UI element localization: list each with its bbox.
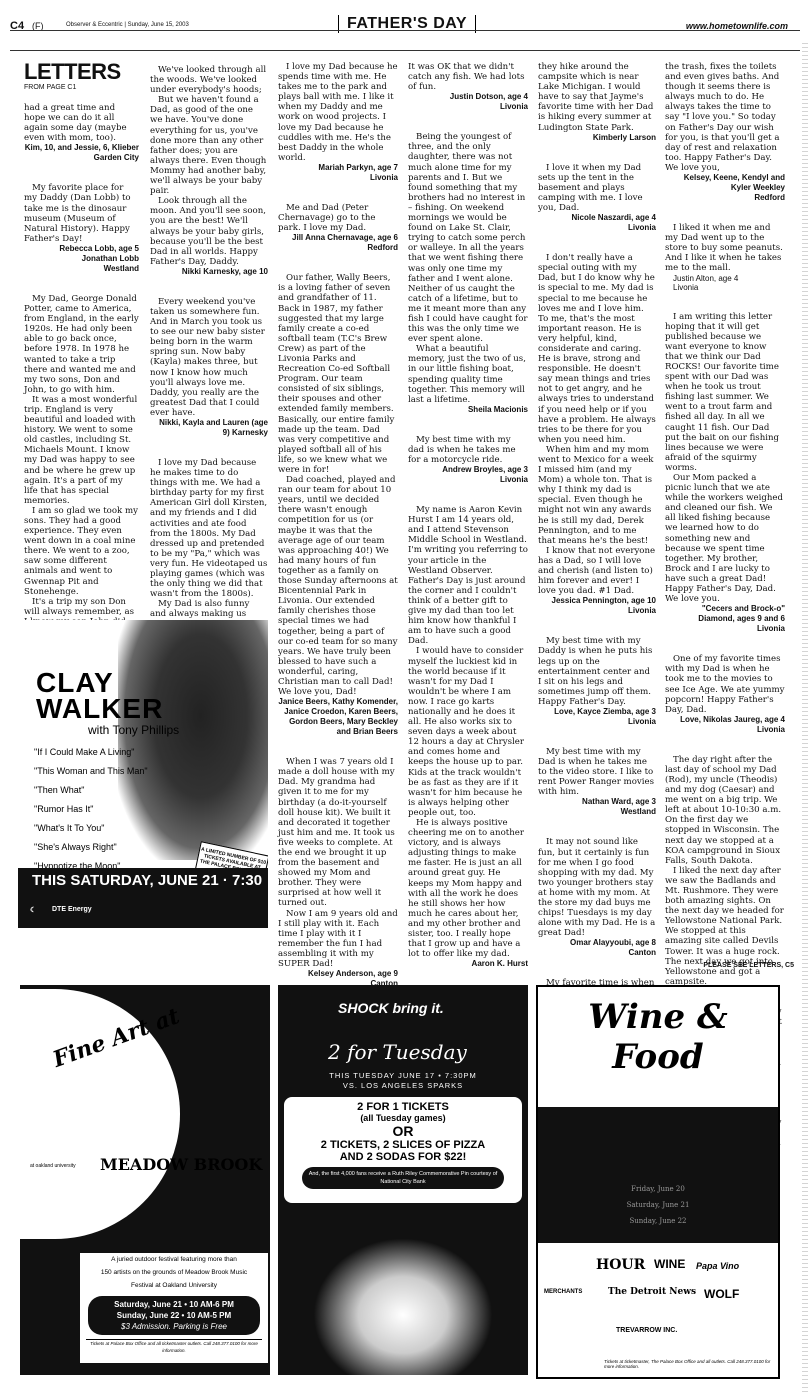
letter-signature: Kyler Weekley [665,183,785,193]
letter-paragraph: I love my Dad because he spends time wit… [278,62,398,163]
letter-paragraph: My favorite place for my Daddy (Dan Lobb… [24,183,139,244]
blurb-line: A juried outdoor festival featuring more… [80,1253,268,1266]
giveaway-pill: And, the first 4,000 fans receive a Ruth… [302,1167,504,1189]
letter-paragraph: I would have to consider myself the luck… [408,646,528,818]
wine-food-logo: Wine & Food [538,997,778,1077]
ad-headline: CLAY WALKER [36,670,163,722]
letter-signature: Love, Nikolas Jaureg, age 4 [665,715,785,725]
brand-slogan: SHOCK bring it. [338,1000,444,1016]
continued-link[interactable]: PLEASE SEE LETTERS, C5 [703,962,794,969]
blurb-line: 150 artists on the grounds of Meadow Bro… [80,1266,268,1279]
letter: Every weekend you've taken us somewhere … [150,297,268,438]
offer-line: AND 2 SODAS FOR $22! [284,1151,522,1163]
letter-city: Livonia [408,102,528,112]
letter: My name is Aaron Kevin Hurst I am 14 yea… [408,505,528,969]
offer-sub: (all Tuesday games) [284,1113,522,1123]
letter: We've looked through all the woods. We'v… [150,65,268,277]
letter: the trash, fixes the toilets and even gi… [665,62,785,203]
date-line: Friday, June 20 [538,1185,778,1193]
letter-signature: Jill Anna Chernavage, age 6 [278,233,398,243]
letter: I liked it when me and my Dad went up to… [665,223,785,291]
from-page: FROM PAGE C1 [24,84,139,91]
letter-city: Westland [24,264,139,274]
letter-signature: Sheila Macionis [408,405,528,415]
letter-signature: Nathan Ward, age 3 [538,797,656,807]
letter-signature: Kelsey, Keene, Kendyl and [665,173,785,183]
letter-city: Redford [278,243,398,253]
letter-paragraph: I am writing this letter hoping that it … [665,312,785,474]
letter: It was OK that we didn't catch any fish.… [408,62,528,112]
letter-signature: Nicole Naszardi, age 4 [538,213,656,223]
letter: It may not sound like fun, but it certai… [538,837,656,958]
song-list: "If I Could Make A Living" "This Woman a… [34,743,148,876]
sponsor-logo: HOUR [596,1257,645,1273]
page-header: C4 (F) Observer & Eccentric | Sunday, Ju… [0,0,808,40]
letter-paragraph: I am so glad we took my sons. They had a… [24,506,139,597]
letter-city: Livonia [538,223,656,233]
letter-paragraph: He is always positive cheering me on to … [408,818,528,959]
letter-paragraph: My Dad, George Donald Potter, came to Am… [24,294,139,395]
letter: I don't really have a special outing wit… [538,253,656,616]
event-date: THIS SATURDAY, JUNE 21 · 7:30 [32,872,262,889]
date-line: Saturday, June 21 • 10 AM-6 PM [88,1299,260,1310]
letter-paragraph: they hike around the campsite which is n… [538,62,656,133]
letter-signature: Rebecca Lobb, age 5 [24,244,139,254]
letter-signature: Diamond, ages 9 and 6 [665,614,785,624]
song: "What's It To You" [34,819,148,838]
players-photo [298,1225,508,1375]
letter-signature: Kim, 10, and Jessie, 6, Klieber [24,143,139,153]
letter-paragraph: My best time with my dad is when he take… [408,435,528,465]
promo-title: 2 for Tuesday [328,1040,467,1064]
letter-signature: Jessica Pennington, age 10 [538,596,656,606]
letter: My best time with my Daddy is when he pu… [538,636,656,727]
letter: I am writing this letter hoping that it … [665,312,785,635]
sponsor-logos: MERCHANTS HOUR WINE Papa Vino The Detroi… [538,1247,778,1375]
university-label: at oakland university [30,1163,76,1169]
name-line-2: WALKER [36,696,163,722]
offer-line: 2 TICKETS, 2 SLICES OF PIZZA [284,1139,522,1151]
sponsor-logo: Papa Vino [696,1261,739,1271]
letter-signature: Justin Dotson, age 4 [408,92,528,102]
letter-paragraph: What a beautiful memory, just the two of… [408,344,528,405]
game-date: THIS TUESDAY JUNE 17 • 7:30PM [278,1071,528,1081]
letter-signature: Nikki Karnesky, age 10 [150,267,268,277]
letter: I love it when my Dad sets up the tent i… [538,163,656,233]
letter-paragraph: When I was 7 years old I made a doll hou… [278,757,398,908]
ticket-offer: 2 FOR 1 TICKETS (all Tuesday games) OR 2… [284,1097,522,1203]
opening-act: with Tony Phillips [88,723,179,737]
dte-logo-icon: ☾ [30,906,36,914]
letter-city: Livonia [665,624,785,634]
letter-city: Livonia [538,717,656,727]
letter-city: Livonia [538,606,656,616]
letter-signature: Andrew Broyles, age 3 [408,465,528,475]
letter-paragraph: When him and my mom went to Mexico for a… [538,445,656,546]
letter-signature: Nikki, Kayla and Lauren (age 9) Karnesky [150,418,268,438]
offer-or: OR [284,1123,522,1139]
letter-signature: Kelsey Anderson, age 9 [278,969,398,979]
letter-paragraph: My best time with my Daddy is when he pu… [538,636,656,707]
letter-city: Canton [538,948,656,958]
letter-paragraph: I know that not everyone has a Dad, so I… [538,546,656,596]
fine-art-ad[interactable]: Fine Art at at oakland university MEADOW… [20,985,270,1375]
letter-signature: Aaron K. Hurst [408,959,528,969]
letter: Our father, Wally Beers, is a loving fat… [278,273,398,737]
letter: Being the youngest of three, and the onl… [408,132,528,415]
letter-paragraph: I love my Dad because he makes time to d… [150,458,268,599]
letter-signature: Justin Alton, age 4 [665,274,785,283]
letter-signature: "Cecers and Brock-o" [665,604,785,614]
page-edge [802,40,808,1394]
letter-paragraph: It was a most wonderful trip. England is… [24,395,139,506]
wine-food-ad[interactable]: Wine & Food Friday, June 20 Saturday, Ju… [536,985,780,1379]
dates-pill: Saturday, June 21 • 10 AM-6 PM Sunday, J… [88,1296,260,1335]
letter-paragraph: It was OK that we didn't catch any fish.… [408,62,528,92]
letter: My best time with my dad is when he take… [408,435,528,485]
letter-paragraph: Dad coached, played and ran our team for… [278,475,398,697]
letter: When I was 7 years old I made a doll hou… [278,757,398,989]
letter: I love my Dad because he spends time wit… [278,62,398,183]
sponsor-logo: WINE [654,1257,685,1271]
letter-paragraph: It may not sound like fun, but it certai… [538,837,656,938]
letter-paragraph: Our Mom packed a picnic lunch that we at… [665,473,785,604]
letter-signature: Livonia [665,283,785,292]
sponsor-name: DTE Energy [52,906,92,913]
letter-paragraph: I liked it when me and my Dad went up to… [665,223,785,273]
letter-paragraph: Being the youngest of three, and the onl… [408,132,528,344]
admission-line: $3 Admission. Parking is Free [88,1321,260,1332]
letter-paragraph: Every weekend you've taken us somewhere … [150,297,268,418]
letter: Me and Dad (Peter Chernavage) go to the … [278,203,398,253]
letter-paragraph: the trash, fixes the toilets and even gi… [665,62,785,173]
festival-info: A juried outdoor festival featuring more… [80,1253,268,1363]
header-rule-2 [10,50,800,51]
letters-heading: LETTERS [24,60,139,84]
detroit-shock-ad[interactable]: SHOCK bring it. 2 for Tuesday THIS TUESD… [278,985,528,1375]
letter: One of my favorite times with my Dad is … [665,654,785,735]
header-rule [10,30,800,31]
song: "This Woman and This Man" [34,762,148,781]
letter-city: Livonia [278,173,398,183]
letter-signature: Love, Kayce Ziemba, age 3 [538,707,656,717]
letter-signature: Janice Beers, Kathy Komender, Janice Cro… [278,697,398,737]
game-info: THIS TUESDAY JUNE 17 • 7:30PM VS. LOS AN… [278,1071,528,1091]
letter: My favorite place for my Daddy (Dan Lobb… [24,183,139,274]
venue-logo: MEADOW BROOK [100,1155,262,1174]
sponsor-logo: The Detroit News [608,1287,696,1297]
letter-paragraph: I don't really have a special outing wit… [538,253,656,445]
sponsor-bar: ☾ DTE Energy [18,898,268,928]
song: "Then What" [34,781,148,800]
letter-paragraph: We've looked through all the woods. We'v… [150,65,268,95]
letter-paragraph: I love it when my Dad sets up the tent i… [538,163,656,213]
song: "Rumor Has It" [34,800,148,819]
date-line: Saturday, June 21 [538,1201,778,1209]
letter: had a great time and hope we can do it a… [24,103,139,163]
letter-paragraph: But we haven't found a Dad, as good of t… [150,95,268,196]
letter-city: Livonia [665,725,785,735]
blurb-line: Festival at Oakland University [80,1279,268,1292]
offer-line: 2 FOR 1 TICKETS [284,1101,522,1113]
letter-paragraph: Look through all the moon. And you'll se… [150,196,268,267]
letter-signature: Jonathan Lobb [24,254,139,264]
opponent: VS. LOS ANGELES SPARKS [278,1081,528,1091]
letter-paragraph: Me and Dad (Peter Chernavage) go to the … [278,203,398,233]
letter-city: Westland [538,807,656,817]
song: "She's Always Right" [34,838,148,857]
song: "If I Could Make A Living" [34,743,148,762]
letter-city: Redford [665,193,785,203]
letter: My best time with my Dad is when he take… [538,747,656,817]
letter-city: Garden City [24,153,139,163]
letter-paragraph: The day right after the last day of scho… [665,755,785,866]
letter-paragraph: One of my favorite times with my Dad is … [665,654,785,715]
sponsor-logo: WOLF [704,1287,739,1301]
letter-signature: Kimberly Larson [538,133,656,143]
letter-city: Livonia [408,475,528,485]
date-line: Sunday, June 22 • 10 AM-5 PM [88,1310,260,1321]
date-bar: THIS SATURDAY, JUNE 21 · 7:30 [18,868,268,898]
letter-paragraph: Our father, Wally Beers, is a loving fat… [278,273,398,475]
dateline: Observer & Eccentric | Sunday, June 15, … [66,22,189,28]
ticket-info: Tickets at Palace Box Office and all tic… [86,1339,262,1354]
clay-walker-ad[interactable]: CLAY WALKER with Tony Phillips "If I Cou… [18,620,268,898]
sponsor-logo: MERCHANTS [544,1289,582,1295]
letter-signature: Mariah Parkyn, age 7 [278,163,398,173]
letter-paragraph: had a great time and hope we can do it a… [24,103,139,143]
sponsor-logo: TREVARROW INC. [616,1327,677,1334]
letter-paragraph: My name is Aaron Kevin Hurst I am 14 yea… [408,505,528,646]
letter-signature: Omar Alayyoubi, age 8 [538,938,656,948]
letter-paragraph: Now I am 9 years old and I still play wi… [278,909,398,970]
event-dates-panel: Friday, June 20 Saturday, June 21 Sunday… [538,1107,778,1243]
date-line: Sunday, June 22 [538,1217,778,1225]
letter: they hike around the campsite which is n… [538,62,656,143]
letter-paragraph: My best time with my Dad is when he take… [538,747,656,797]
ticket-info: Tickets at ticketmaster, The Palace Box … [604,1359,772,1369]
